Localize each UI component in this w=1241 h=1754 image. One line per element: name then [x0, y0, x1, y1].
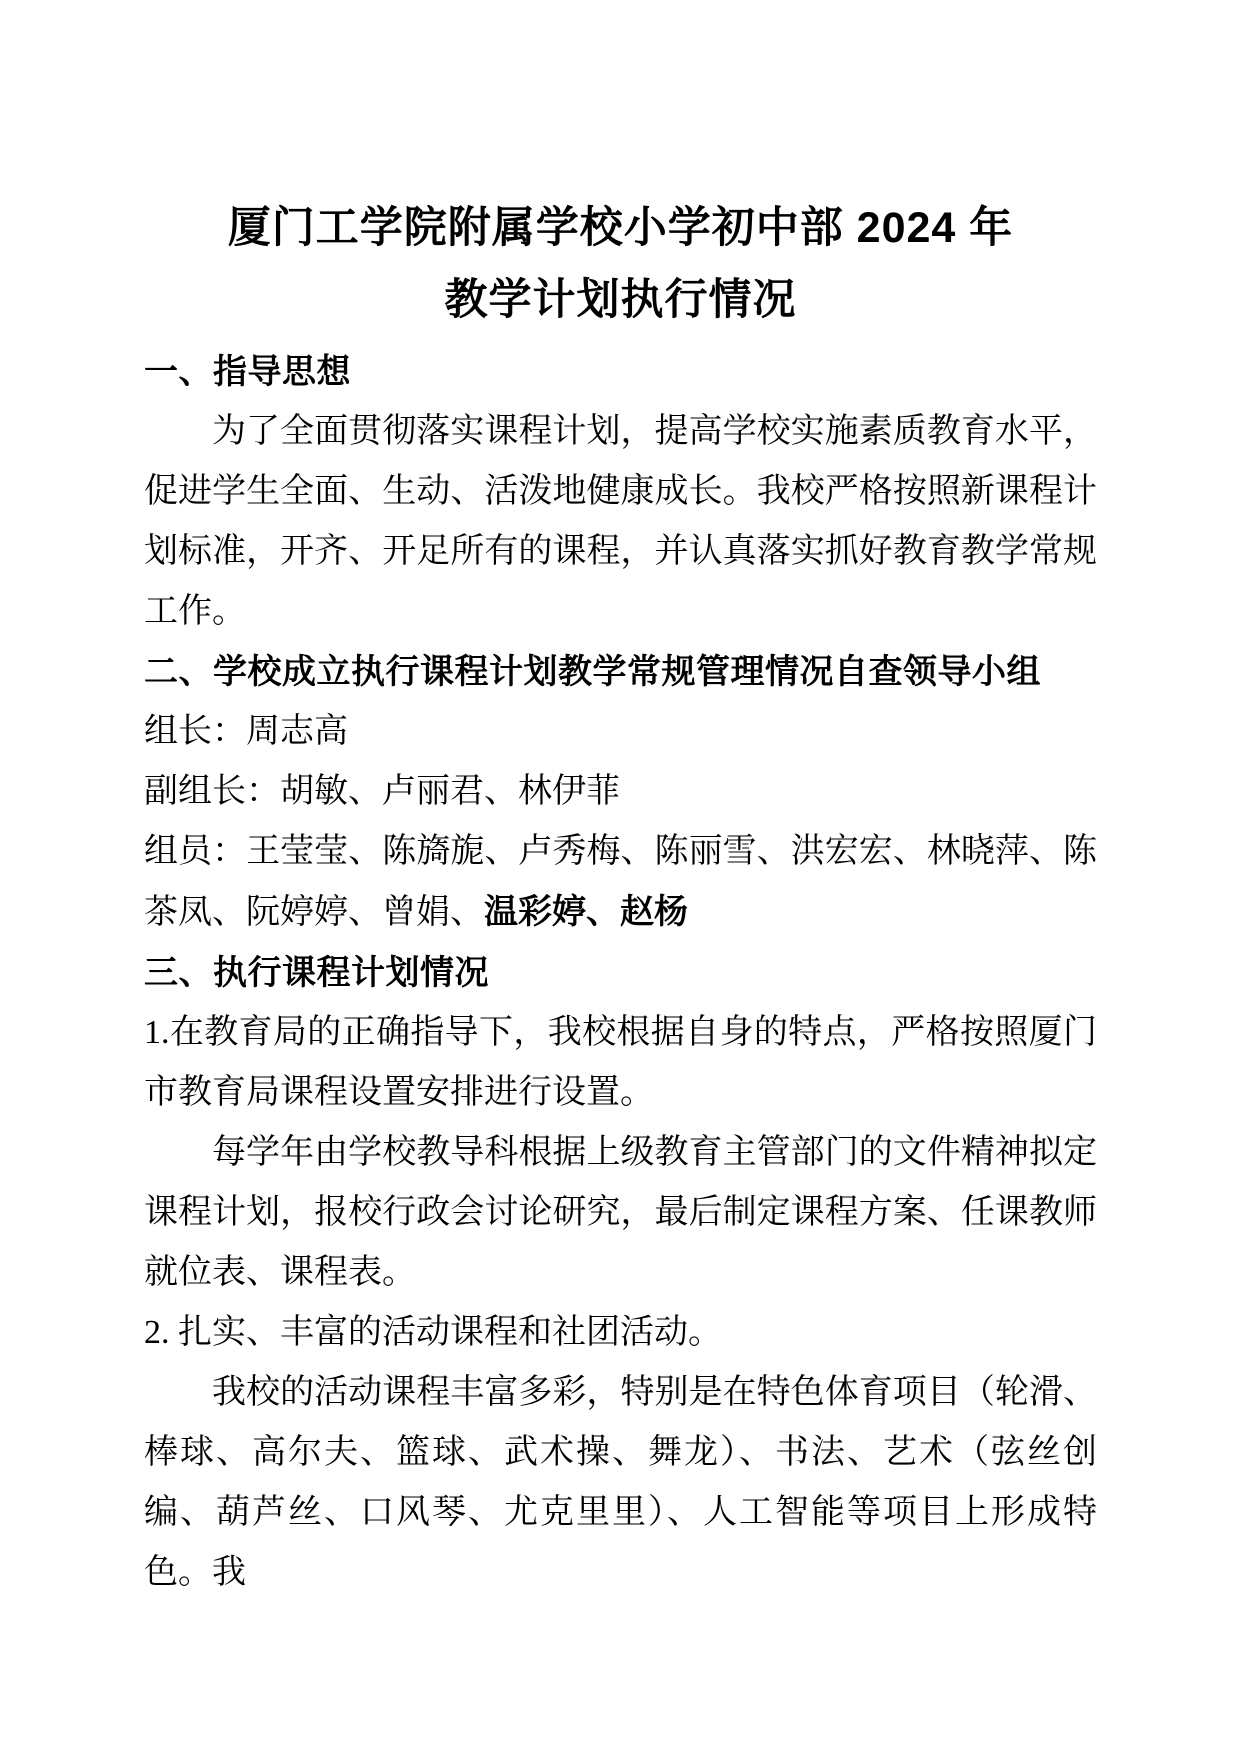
- deputy-leaders-line: 副组长：胡敏、卢丽君、林伊菲: [144, 762, 1097, 822]
- document-page: 厦门工学院附属学校小学初中部 2024 年 教学计划执行情况 一、指导思想 为了…: [0, 0, 1241, 1754]
- section-1-paragraph: 为了全面贯彻落实课程计划，提高学校实施素质教育水平，促进学生全面、生动、活泼地健…: [144, 402, 1097, 642]
- title-line-1: 厦门工学院附属学校小学初中部 2024 年: [144, 192, 1097, 264]
- title-line-2: 教学计划执行情况: [144, 264, 1097, 336]
- section-3-paragraph-2: 我校的活动课程丰富多彩，特别是在特色体育项目（轮滑、棒球、高尔夫、篮球、武术操、…: [144, 1363, 1097, 1603]
- team-members-line: 组员：王莹莹、陈旖旎、卢秀梅、陈丽雪、洪宏宏、林晓萍、陈茶凤、阮婷婷、曾娟、温彩…: [144, 822, 1097, 943]
- section-3-item-1: 1.在教育局的正确指导下，我校根据自身的特点，严格按照厦门市教育局课程设置安排进…: [144, 1003, 1097, 1123]
- document-content: 厦门工学院附属学校小学初中部 2024 年 教学计划执行情况 一、指导思想 为了…: [144, 192, 1097, 1603]
- section-3-paragraph-1: 每学年由学校教导科根据上级教育主管部门的文件精神拟定课程计划，报校行政会讨论研究…: [144, 1123, 1097, 1303]
- section-3-heading: 三、执行课程计划情况: [144, 943, 1097, 1003]
- section-1-heading: 一、指导思想: [144, 342, 1097, 402]
- section-3-item-2: 2. 扎实、丰富的活动课程和社团活动。: [144, 1303, 1097, 1363]
- team-members-bold-names: 温彩婷、赵杨: [484, 893, 688, 931]
- section-2-heading: 二、学校成立执行课程计划教学常规管理情况自查领导小组: [144, 642, 1097, 702]
- team-leader-line: 组长：周志高: [144, 702, 1097, 762]
- document-title: 厦门工学院附属学校小学初中部 2024 年 教学计划执行情况: [144, 192, 1097, 336]
